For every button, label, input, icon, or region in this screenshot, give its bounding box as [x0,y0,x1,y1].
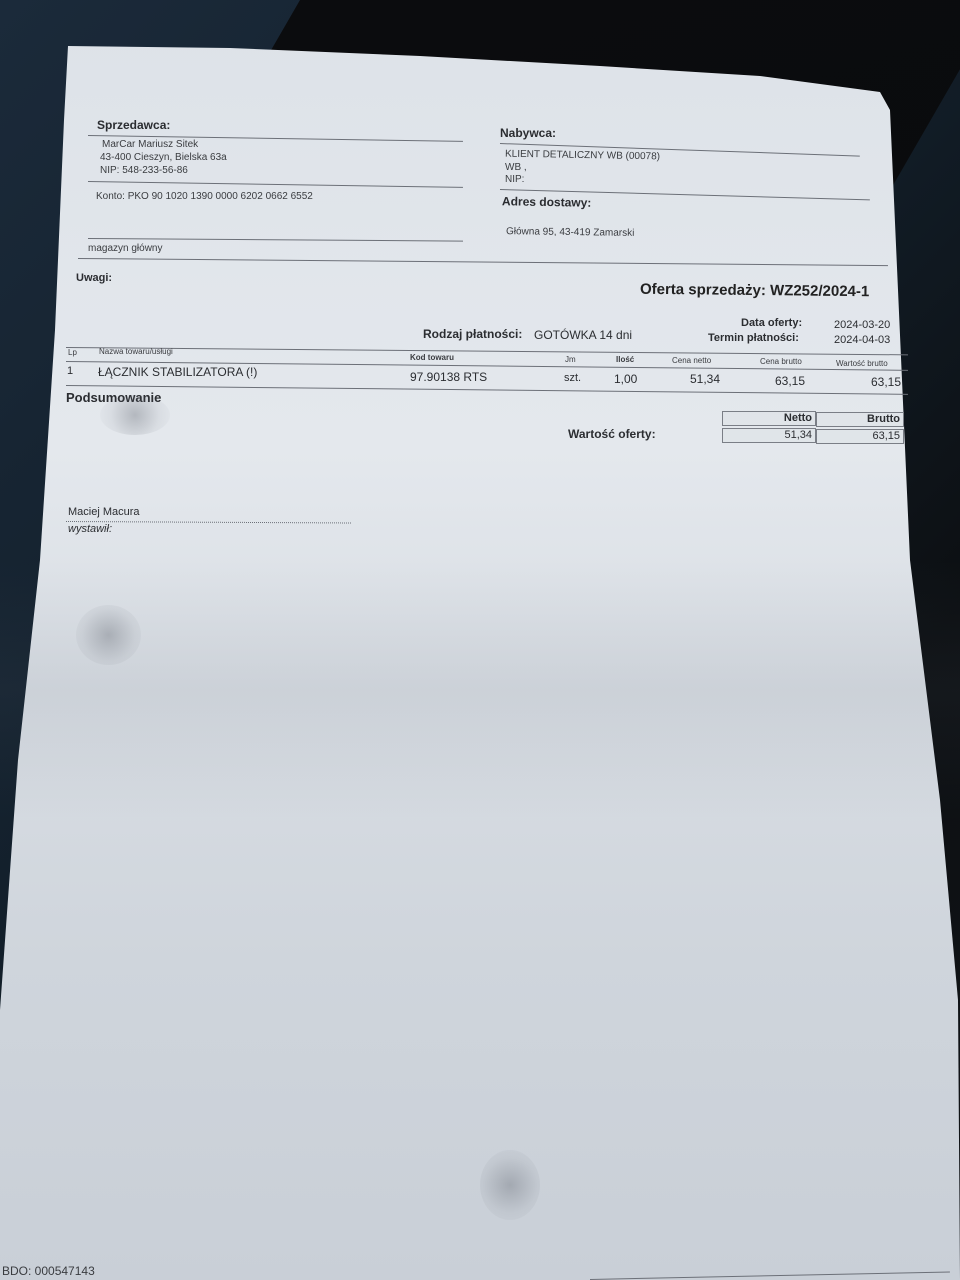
cell-name: ŁĄCZNIK STABILIZATORA (!) [98,365,257,379]
cell-lp: 1 [67,365,73,377]
header-gross-price: Cena brutto [760,357,802,366]
cell-gross-value: 63,15 [871,375,901,389]
smudge [100,395,170,435]
summary-brutto-value: 63,15 [816,429,904,444]
cell-unit: szt. [564,372,581,384]
warehouse-label: magazyn główny [88,243,162,254]
bdo-number: BDO: 000547143 [2,1264,95,1278]
summary-brutto-header: Brutto [816,412,904,427]
header-gross-value: Wartość brutto [836,359,888,368]
payment-value: GOTÓWKA 14 dni [534,328,632,342]
seller-name: MarCar Mariusz Sitek [102,139,198,150]
offer-value-label: Wartość oferty: [568,427,656,441]
delivery-label: Adres dostawy: [502,194,592,210]
buyer-line2: WB , [505,162,527,173]
seller-nip: NIP: 548-233-56-86 [100,165,188,176]
cell-net-price: 51,34 [690,372,720,386]
buyer-label: Nabywca: [500,126,556,140]
due-date-label: Termin płatności: [708,332,799,344]
header-net-price: Cena netto [672,356,711,365]
delivery-address: Główna 95, 43-419 Zamarski [506,226,635,239]
header-code: Kod towaru [410,353,454,362]
paper-fold-shadow [0,560,960,820]
seller-account: Konto: PKO 90 1020 1390 0000 6202 0662 6… [96,191,313,202]
smudge [76,605,141,665]
offer-title: Oferta sprzedaży: WZ252/2024-1 [640,281,869,300]
cell-qty: 1,00 [614,372,637,386]
seller-label: Sprzedawca: [97,118,170,132]
header-lp: Lp [68,348,77,357]
header-name: Nazwa towaru/usługi [99,347,173,356]
summary-netto-header: Netto [722,411,816,426]
issuer-label: wystawił: [68,523,112,535]
cell-gross-price: 63,15 [775,374,805,388]
notes-label: Uwagi: [76,272,112,284]
buyer-nip: NIP: [505,174,524,185]
smudge [480,1150,540,1220]
offer-date-value: 2024-03-20 [834,319,890,331]
seller-address: 43-400 Cieszyn, Bielska 63a [100,152,227,163]
summary-netto-value: 51,34 [722,428,816,443]
cell-code: 97.90138 RTS [410,370,487,384]
header-unit: Jm [565,355,576,364]
due-date-value: 2024-04-03 [834,334,890,346]
header-qty: Ilość [616,355,634,364]
offer-date-label: Data oferty: [741,317,802,329]
issuer-name: Maciej Macura [68,506,140,518]
payment-label: Rodzaj płatności: [423,327,522,341]
